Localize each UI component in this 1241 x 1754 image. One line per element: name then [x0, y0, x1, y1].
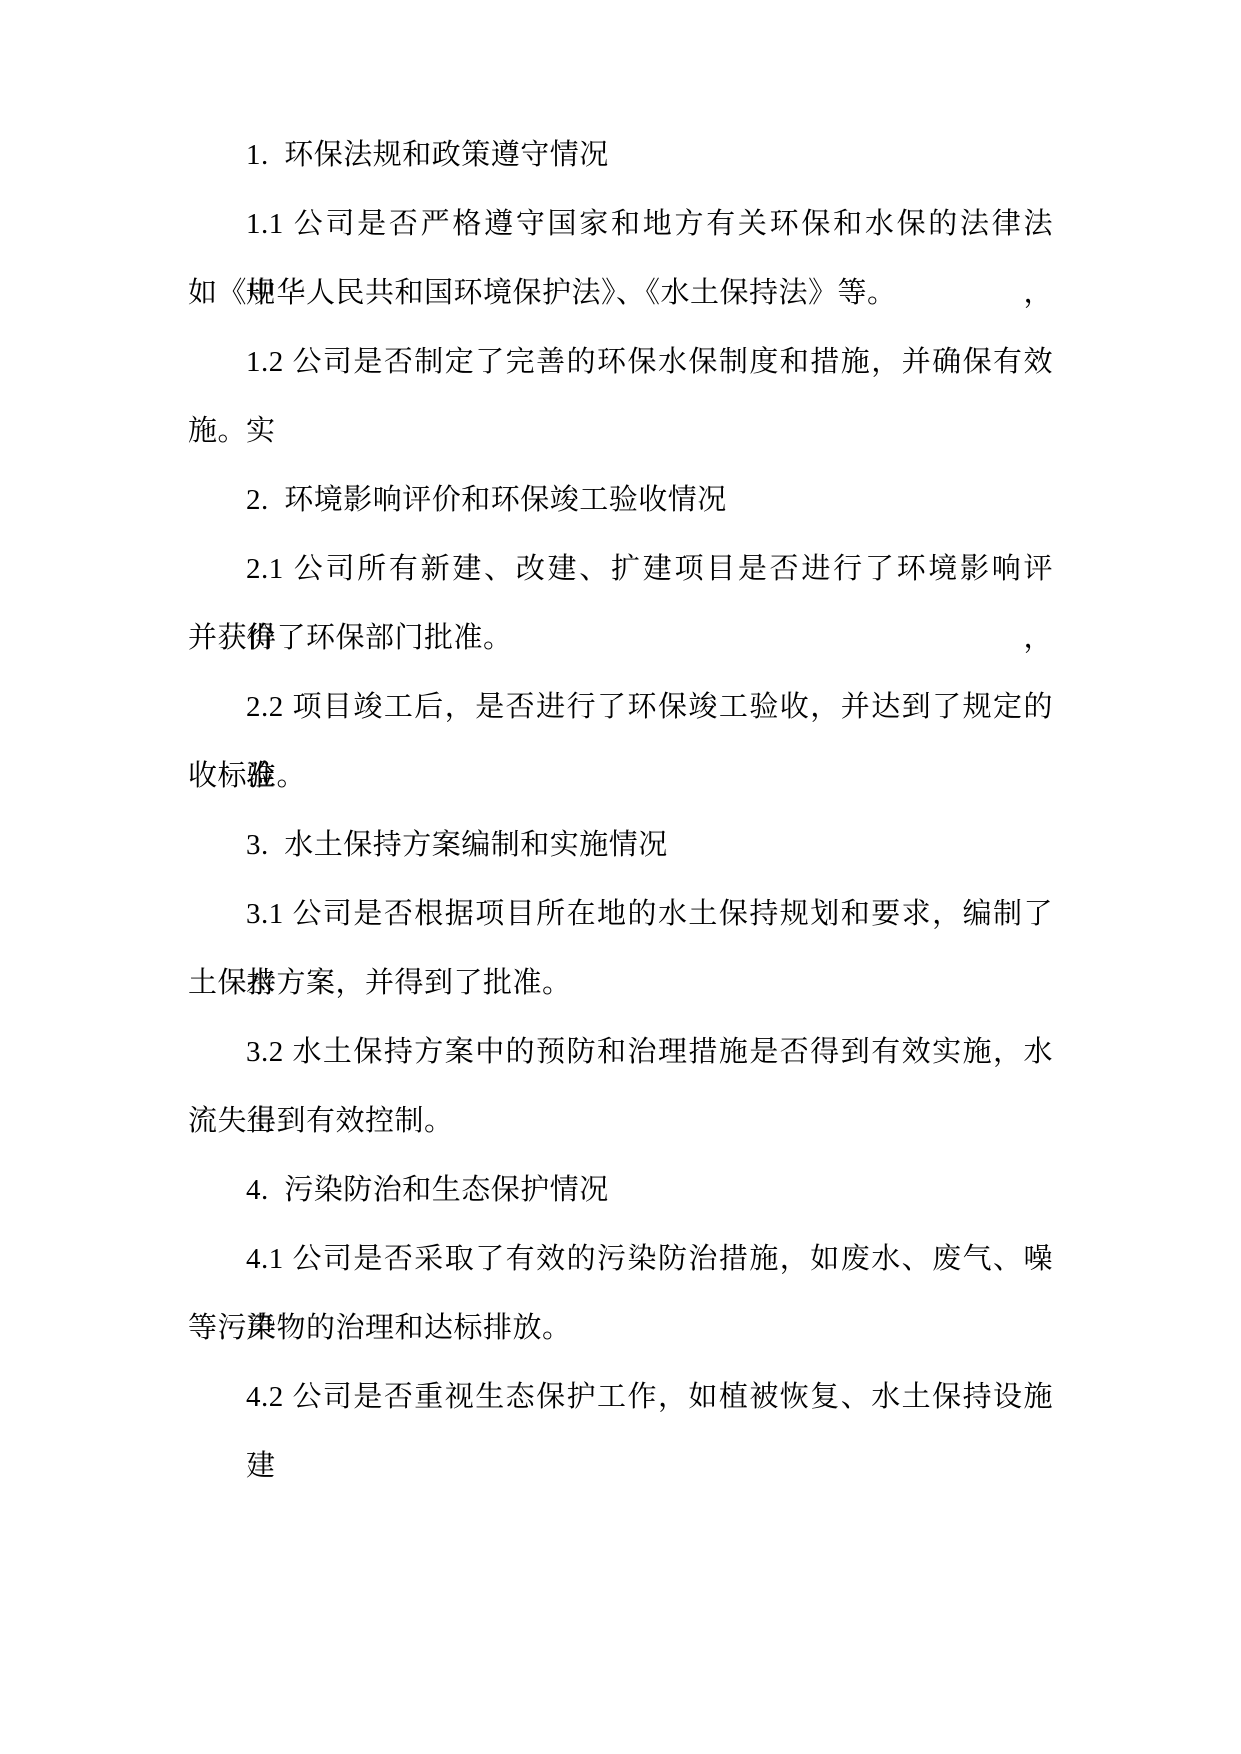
paragraph-line-4-1a: 4.1 公司是否采取了有效的污染防治措施，如废水、废气、噪声 — [188, 1225, 1053, 1294]
paragraph-line-4-2a: 4.2 公司是否重视生态保护工作，如植被恢复、水土保持设施建 — [188, 1363, 1053, 1432]
section-heading-2: 2. 环境影响评价和环保竣工验收情况 — [188, 466, 1053, 535]
paragraph-line-1-2a: 1.2 公司是否制定了完善的环保水保制度和措施，并确保有效实 — [188, 328, 1053, 397]
document-body: 1. 环保法规和政策遵守情况 1.1 公司是否严格遵守国家和地方有关环保和水保的… — [188, 121, 1053, 1432]
document-page: 1. 环保法规和政策遵守情况 1.1 公司是否严格遵守国家和地方有关环保和水保的… — [0, 0, 1241, 1754]
paragraph-line-3-2b: 流失得到有效控制。 — [188, 1087, 1053, 1156]
paragraph-line-3-2a: 3.2 水土保持方案中的预防和治理措施是否得到有效实施，水土 — [188, 1018, 1053, 1087]
section-heading-4: 4. 污染防治和生态保护情况 — [188, 1156, 1053, 1225]
paragraph-line-2-1a: 2.1 公司所有新建、改建、扩建项目是否进行了环境影响评价， — [188, 535, 1053, 604]
section-heading-3: 3. 水土保持方案编制和实施情况 — [188, 811, 1053, 880]
paragraph-line-2-2a: 2.2 项目竣工后，是否进行了环保竣工验收，并达到了规定的验 — [188, 673, 1053, 742]
paragraph-line-1-2b: 施。 — [188, 397, 1053, 466]
paragraph-line-3-1b: 土保持方案，并得到了批准。 — [188, 949, 1053, 1018]
paragraph-line-3-1a: 3.1 公司是否根据项目所在地的水土保持规划和要求，编制了水 — [188, 880, 1053, 949]
paragraph-line-2-2b: 收标准。 — [188, 742, 1053, 811]
paragraph-line-1-1a: 1.1 公司是否严格遵守国家和地方有关环保和水保的法律法规， — [188, 190, 1053, 259]
paragraph-line-4-1b: 等污染物的治理和达标排放。 — [188, 1294, 1053, 1363]
section-heading-1: 1. 环保法规和政策遵守情况 — [188, 121, 1053, 190]
